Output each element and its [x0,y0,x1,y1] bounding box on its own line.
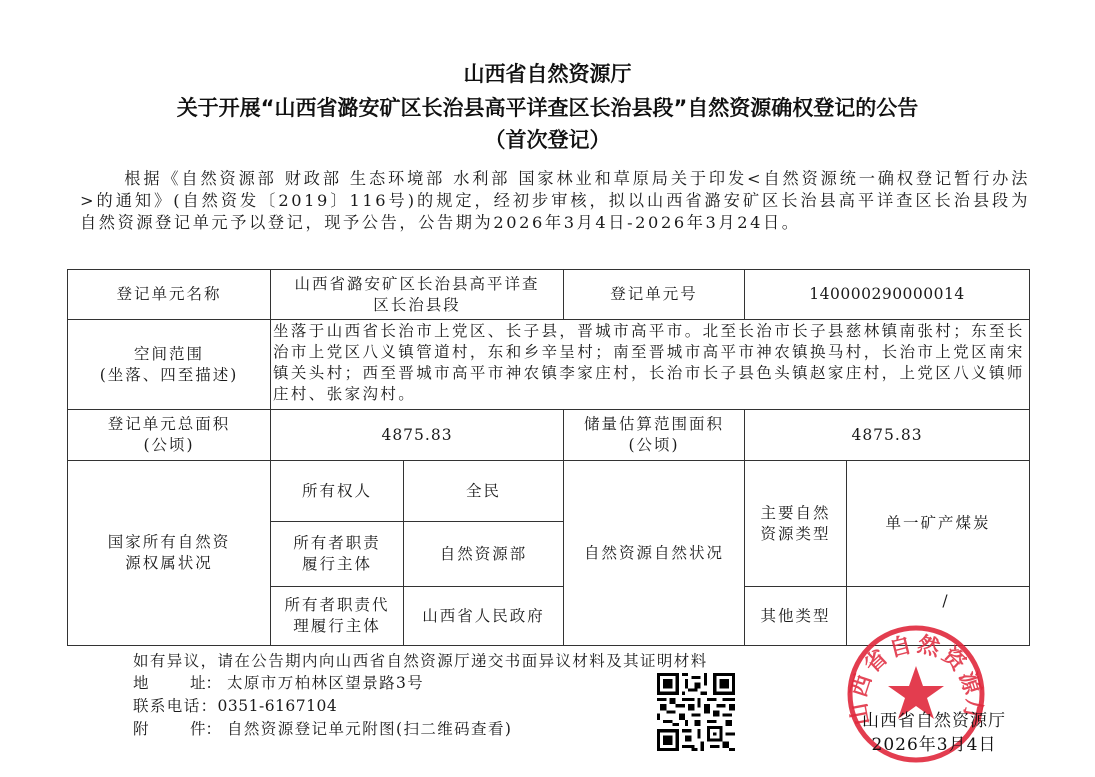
row-area: 登记单元总面积 (公顷) 4875.83 储量估算范围面积 (公顷) 4875.… [68,410,1030,461]
row-owner: 国家所有自然资源权属状况 所有权人 全民 自然资源自然状况 主要自然资源类型 单… [68,461,1030,522]
attachment-line: 附件：自然资源登记单元附图(扫二维码查看) [133,718,512,740]
space-value: 坐落于山西省长治市上党区、长子县，晋城市高平市。北至长治市长子县慈林镇南张村；东… [271,320,1030,410]
phone-value: 0351-6167104 [218,697,338,715]
total-area-label: 登记单元总面积 [72,414,266,435]
space-label-sub: (坐落、四至描述) [72,365,266,386]
main-type-label: 主要自然资源类型 [745,461,847,587]
duty-label: 所有者职责履行主体 [271,522,404,587]
agent-value: 山西省人民政府 [404,587,564,646]
signature-org: 山西省自然资源厅 [846,706,1022,731]
attachment-value: 自然资源登记单元附图(扫二维码查看) [227,720,512,738]
total-area-unit: (公顷) [72,435,266,456]
space-label-cell: 空间范围 (坐落、四至描述) [68,320,271,410]
attachment-label-b: 件： [190,718,221,740]
row-unit-name: 登记单元名称 山西省潞安矿区长治县高平详查区长治县段 登记单元号 1400002… [68,270,1030,320]
announcement-title: 关于开展“山西省潞安矿区长治县高平详查区长治县段”自然资源确权登记的公告 [0,92,1095,122]
signature-date: 2026年3月4日 [846,730,1022,755]
total-area-label-cell: 登记单元总面积 (公顷) [68,410,271,461]
attachment-label-a: 附 [133,718,149,740]
total-area-value: 4875.83 [271,410,564,461]
nature-label: 自然资源自然状况 [564,461,745,646]
reserve-area-label: 储量估算范围面积 [568,414,740,435]
phone-label: 联系电话： [133,697,218,715]
intro-text: 根据《自然资源部 财政部 生态环境部 水利部 国家林业和草原局关于印发<自然资源… [80,169,1030,232]
address-label: 地址： [133,672,221,694]
unit-name-label: 登记单元名称 [68,270,271,320]
reserve-area-label-cell: 储量估算范围面积 (公顷) [564,410,745,461]
owner-label: 所有权人 [271,461,404,522]
address-value: 太原市万柏林区望景路3号 [227,674,424,692]
main-type-value: 单一矿产煤炭 [847,461,1030,587]
space-label: 空间范围 [72,344,266,365]
intro-paragraph: 根据《自然资源部 财政部 生态环境部 水利部 国家林业和草原局关于印发<自然资源… [80,168,1030,234]
objection-note: 如有异议，请在公告期内向山西省自然资源厅递交书面异议材料及其证明材料 [133,650,708,672]
reserve-area-unit: (公顷) [568,435,740,456]
address-line: 地址：太原市万柏林区望景路3号 [133,672,424,694]
other-type-label: 其他类型 [745,587,847,646]
attachment-label: 附件： [133,718,221,740]
row-space: 空间范围 (坐落、四至描述) 坐落于山西省长治市上党区、长子县，晋城市高平市。北… [68,320,1030,410]
owner-value: 全民 [404,461,564,522]
phone-line: 联系电话：0351-6167104 [133,695,337,717]
unit-no-value: 140000290000014 [745,270,1030,320]
address-label-b: 址： [190,672,221,694]
agent-label: 所有者职责代理履行主体 [271,587,404,646]
ownership-label: 国家所有自然资源权属状况 [68,461,271,646]
registration-table: 登记单元名称 山西省潞安矿区长治县高平详查区长治县段 登记单元号 1400002… [67,269,1030,646]
reserve-area-value: 4875.83 [745,410,1030,461]
address-label-a: 地 [133,672,149,694]
unit-name-value: 山西省潞安矿区长治县高平详查区长治县段 [271,270,564,320]
unit-no-label: 登记单元号 [564,270,745,320]
announcement-subtitle: （首次登记） [0,124,1095,154]
qr-code-icon[interactable] [657,673,735,751]
issuer-title: 山西省自然资源厅 [0,58,1095,88]
duty-value: 自然资源部 [404,522,564,587]
